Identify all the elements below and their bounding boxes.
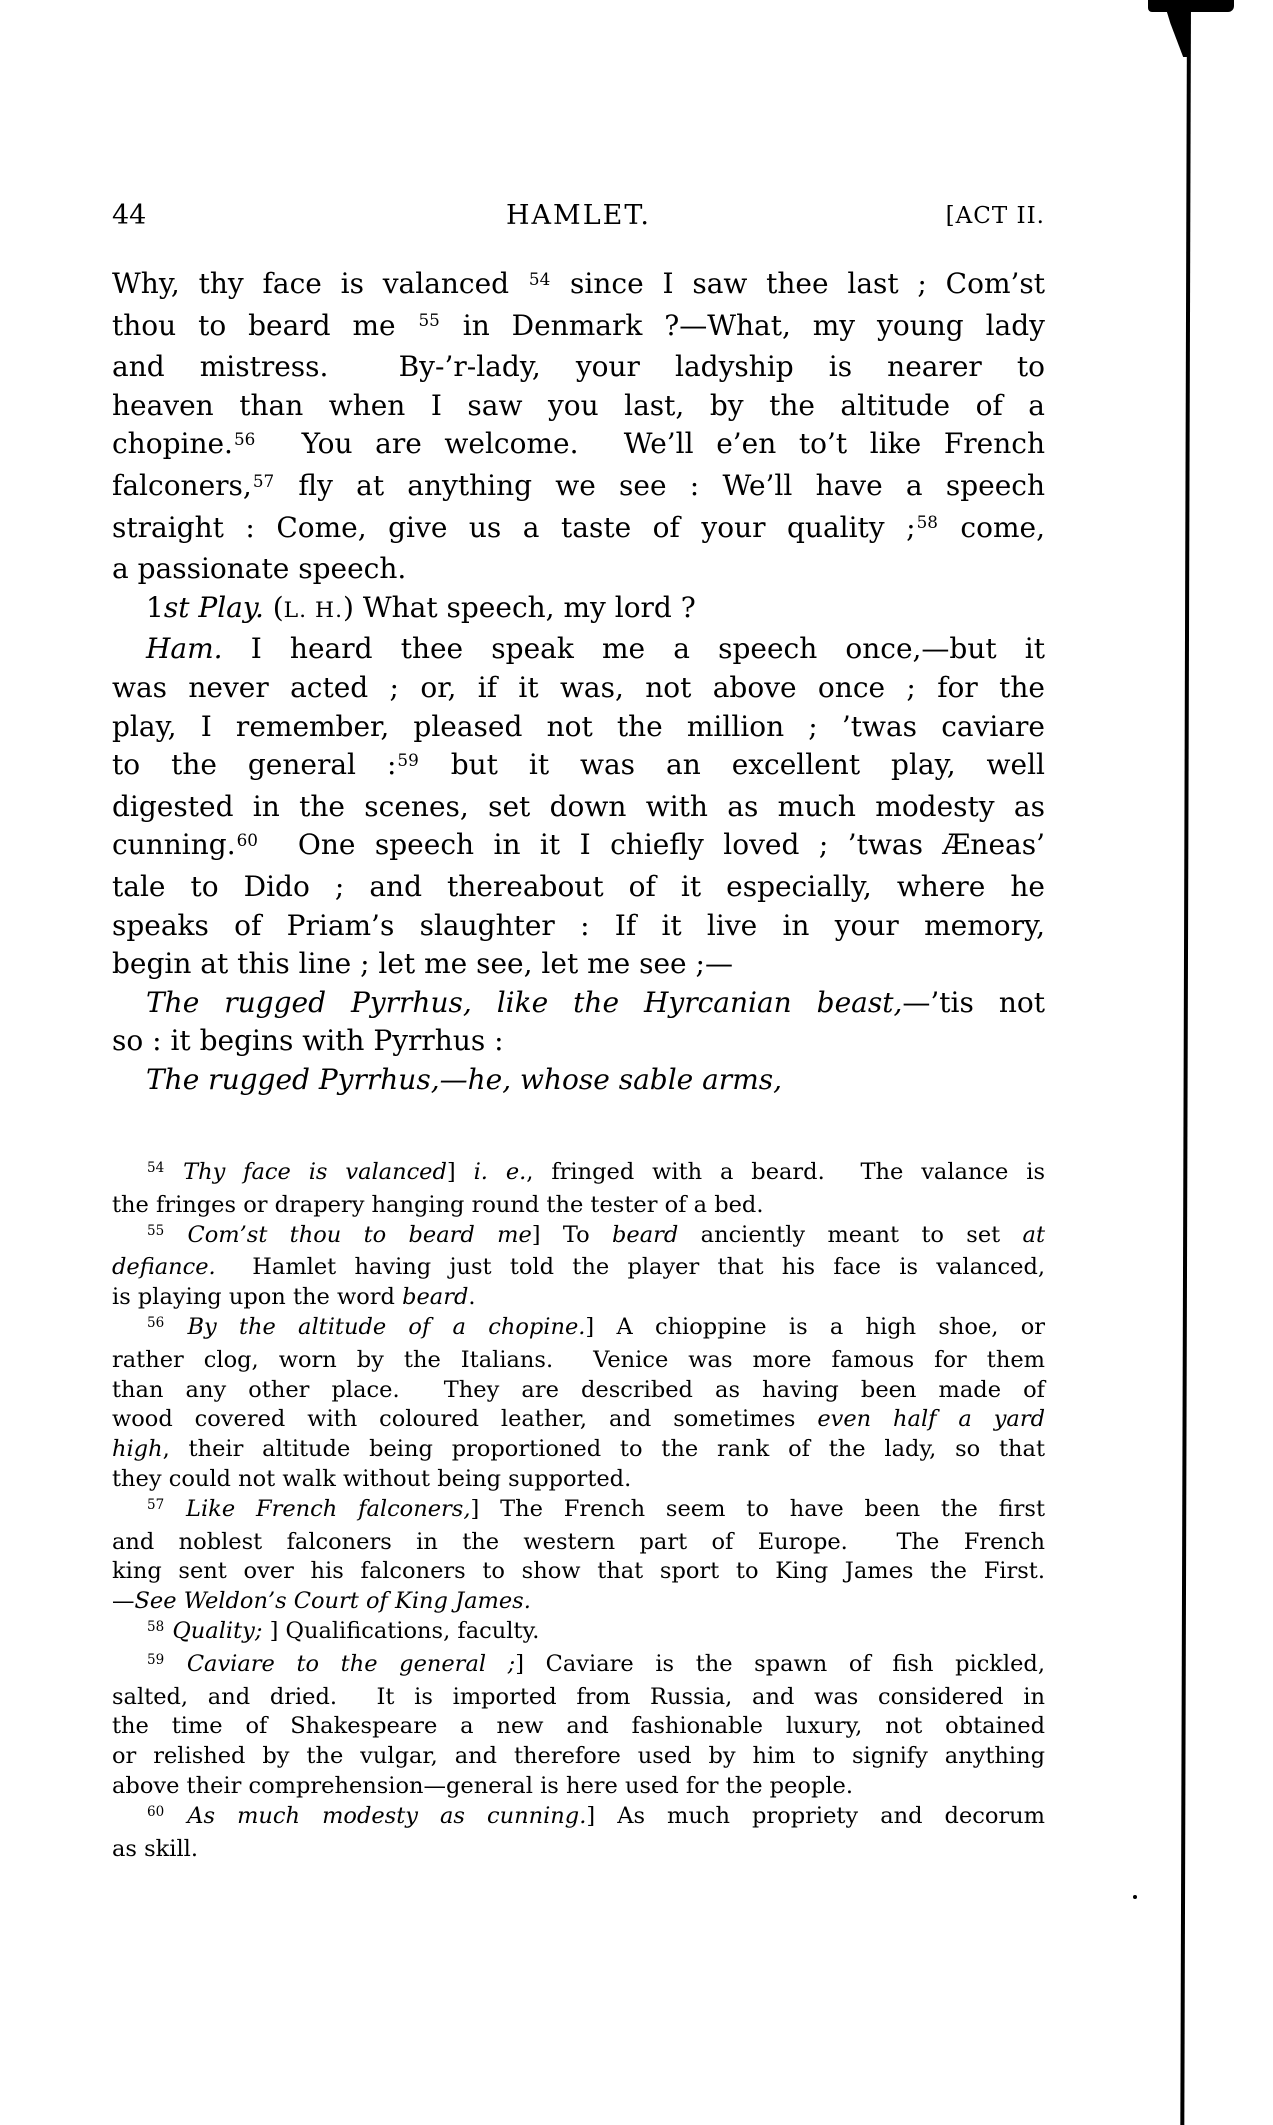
text-run: the time of Shakespeare a new and fashio…: [112, 1713, 1045, 1739]
footnote-marker: 56: [233, 429, 256, 449]
text-run: ] Caviare is the spawn of fish pickled,: [515, 1651, 1045, 1677]
footnote-marker: 59: [146, 1652, 165, 1668]
text-line: —See Weldon’s Court of King James.: [112, 1587, 1045, 1617]
text-line: above their comprehension—general is her…: [112, 1772, 1045, 1802]
text-run: as skill.: [112, 1836, 198, 1862]
running-title: HAMLET.: [112, 200, 1045, 231]
text-line: cunning.60 One speech in it I chiefly lo…: [112, 826, 1045, 868]
text-run: Com’st thou to beard me: [165, 1222, 532, 1248]
page-edge-line: [1180, 0, 1191, 2125]
footnote-marker: 58: [146, 1619, 165, 1635]
text-line: the time of Shakespeare a new and fashio…: [112, 1712, 1045, 1742]
text-run: beard: [612, 1222, 678, 1248]
text-run: a passionate speech.: [112, 552, 406, 585]
text-run: Why, thy face is valanced: [112, 267, 528, 300]
footnote-marker: 57: [146, 1497, 165, 1513]
text-run: ] To: [532, 1222, 612, 1248]
text-line: was never acted ; or, if it was, not abo…: [112, 669, 1045, 708]
text-run: , fringed with a beard. The valance is: [526, 1159, 1045, 1185]
text-run: high: [112, 1436, 163, 1462]
text-line: tale to Dido ; and thereabout of it espe…: [112, 868, 1045, 907]
footnote-marker: 54: [146, 1160, 165, 1176]
text-run: falconers,: [112, 469, 252, 502]
footnotes: 54 Thy face is valanced] i. e., fringed …: [112, 1158, 1045, 1864]
text-run: anciently meant to set: [678, 1222, 1022, 1248]
text-run: Like French falconers,: [165, 1496, 470, 1522]
text-line: Why, thy face is valanced 54 since I saw…: [112, 265, 1045, 307]
text-run: than any other place. They are described…: [112, 1377, 1045, 1403]
text-line: heaven than when I saw you last, by the …: [112, 387, 1045, 426]
text-line: 54 Thy face is valanced] i. e., fringed …: [112, 1158, 1045, 1191]
text-run: ] A chioppine is a high shoe, or: [585, 1314, 1045, 1340]
footnote-marker: 57: [252, 471, 275, 491]
footnote-57: 57 Like French falconers,] The French se…: [112, 1495, 1045, 1617]
text-run: or relished by the vulgar, and therefore…: [112, 1743, 1045, 1769]
text-line: begin at this line ; let me see, let me …: [112, 945, 1045, 984]
text-line: wood covered with coloured leather, and …: [112, 1405, 1045, 1435]
text-run: even half a yard: [817, 1406, 1045, 1432]
text-run: st Play.: [164, 591, 264, 624]
text-line: chopine.56 You are welcome. We’ll e’en t…: [112, 425, 1045, 467]
text-run: Ham.: [146, 632, 223, 665]
text-line: 60 As much modesty as cunning.] As much …: [112, 1802, 1045, 1835]
text-run: the fringes or drapery hanging round the…: [112, 1192, 763, 1218]
text-run: king sent over his falconers to show tha…: [112, 1558, 1045, 1584]
text-line: to the general :59 but it was an excelle…: [112, 746, 1045, 788]
footnote-marker: 54: [528, 269, 551, 289]
text-line: the fringes or drapery hanging round the…: [112, 1191, 1045, 1221]
text-run: Quality;: [165, 1618, 262, 1644]
text-run: at: [1023, 1222, 1045, 1248]
text-run: ] The French seem to have been the first: [470, 1496, 1045, 1522]
text-line: 58 Quality; ] Qualifications, faculty.: [112, 1617, 1045, 1650]
text-run: .: [468, 1284, 475, 1310]
text-line: or relished by the vulgar, and therefore…: [112, 1742, 1045, 1772]
text-run: See Weldon’s Court of King James.: [135, 1588, 531, 1614]
footnote-marker: 59: [396, 750, 419, 770]
text-run: to the general :: [112, 748, 396, 781]
text-line: they could not walk without being suppor…: [112, 1465, 1045, 1495]
text-run: Caviare to the general ;: [165, 1651, 515, 1677]
text-run: The rugged Pyrrhus, like the Hyrcanian b…: [146, 986, 902, 1019]
scan-artifact-corner-taper: [1166, 9, 1188, 57]
text-run: beard: [402, 1284, 468, 1310]
footnote-marker: 55: [418, 310, 441, 330]
text-run: ]: [447, 1159, 474, 1185]
text-line: 56 By the altitude of a chopine.] A chio…: [112, 1313, 1045, 1346]
text-run: ) What speech, my lord ?: [343, 591, 696, 624]
text-line: 57 Like French falconers,] The French se…: [112, 1495, 1045, 1528]
text-run: above their comprehension—general is her…: [112, 1773, 853, 1799]
footnote-55: 55 Com’st thou to beard me] To beard anc…: [112, 1221, 1045, 1313]
text-run: and mistress. By-’r-lady, your ladyship …: [112, 350, 1045, 383]
act-scene-label: [ACT II.: [946, 203, 1045, 229]
text-run: The rugged Pyrrhus,—he, whose sable arms…: [146, 1063, 782, 1096]
text-run: cunning.: [112, 828, 236, 861]
paragraph: Why, thy face is valanced 54 since I saw…: [112, 265, 1045, 589]
text-run: 1: [146, 591, 164, 624]
text-line: The rugged Pyrrhus, like the Hyrcanian b…: [112, 984, 1045, 1023]
text-run: they could not walk without being suppor…: [112, 1466, 631, 1492]
text-line: 1st Play. (L. H.) What speech, my lord ?: [112, 589, 1045, 631]
text-run: You are welcome. We’ll e’en to’t like Fr…: [256, 427, 1045, 460]
text-line: high, their altitude being proportioned …: [112, 1435, 1045, 1465]
text-line: digested in the scenes, set down with as…: [112, 788, 1045, 827]
text-run: come,: [939, 511, 1045, 544]
text-line: salted, and dried. It is imported from R…: [112, 1683, 1045, 1713]
text-run: As much modesty as cunning.: [165, 1803, 586, 1829]
text-line: speaks of Priam’s slaughter : If it live…: [112, 907, 1045, 946]
text-line: a passionate speech.: [112, 550, 1045, 589]
text-line: 59 Caviare to the general ;] Caviare is …: [112, 1650, 1045, 1683]
text-run: I heard thee speak me a speech once,—but…: [223, 632, 1045, 665]
text-run: straight : Come, give us a taste of your…: [112, 511, 916, 544]
text-line: rather clog, worn by the Italians. Venic…: [112, 1346, 1045, 1376]
text-run: but it was an excellent play, well: [420, 748, 1045, 781]
paragraph: Ham. I heard thee speak me a speech once…: [112, 630, 1045, 983]
text-run: tale to Dido ; and thereabout of it espe…: [112, 870, 1045, 903]
text-run: defiance.: [112, 1254, 216, 1280]
footnote-marker: 58: [916, 512, 939, 532]
text-run: so : it begins with Pyrrhus :: [112, 1024, 504, 1057]
footnote-56: 56 By the altitude of a chopine.] A chio…: [112, 1313, 1045, 1495]
text-run: in Denmark ?—What, my young lady: [441, 309, 1045, 342]
text-run: —’tis not: [902, 986, 1045, 1019]
text-line: as skill.: [112, 1835, 1045, 1865]
text-line: than any other place. They are described…: [112, 1376, 1045, 1406]
text-run: since I saw thee last ; Com’st: [551, 267, 1045, 300]
book-page: 44 HAMLET. [ACT II. Why, thy face is val…: [0, 0, 1273, 2125]
footnote-marker: 60: [236, 830, 259, 850]
text-line: The rugged Pyrrhus,—he, whose sable arms…: [112, 1061, 1045, 1100]
text-run: rather clog, worn by the Italians. Venic…: [112, 1347, 1045, 1373]
text-line: and mistress. By-’r-lady, your ladyship …: [112, 348, 1045, 387]
text-run: fly at anything we see : We’ll have a sp…: [275, 469, 1045, 502]
text-line: defiance. Hamlet having just told the pl…: [112, 1253, 1045, 1283]
text-line: 55 Com’st thou to beard me] To beard anc…: [112, 1221, 1045, 1254]
text-run: Thy face is valanced: [165, 1159, 447, 1185]
text-run: is playing upon the word: [112, 1284, 402, 1310]
footnote-marker: 60: [146, 1804, 165, 1820]
text-run: and noblest falconers in the western par…: [112, 1529, 1045, 1555]
text-line: falconers,57 fly at anything we see : We…: [112, 467, 1045, 509]
body-text: Why, thy face is valanced 54 since I saw…: [112, 265, 1045, 1099]
text-line: Ham. I heard thee speak me a speech once…: [112, 630, 1045, 669]
text-line: straight : Come, give us a taste of your…: [112, 509, 1045, 551]
text-run: speaks of Priam’s slaughter : If it live…: [112, 909, 1045, 942]
paragraph: 1st Play. (L. H.) What speech, my lord ?: [112, 589, 1045, 631]
text-run: ] Qualifications, faculty.: [262, 1618, 539, 1644]
paragraph: The rugged Pyrrhus, like the Hyrcanian b…: [112, 984, 1045, 1061]
text-run: ] As much propriety and decorum: [586, 1803, 1045, 1829]
scan-artifact-corner-blob: [1148, 0, 1234, 12]
footnote-marker: 56: [146, 1315, 165, 1331]
text-run: chopine.: [112, 427, 233, 460]
text-run: digested in the scenes, set down with as…: [112, 790, 1045, 823]
text-run: salted, and dried. It is imported from R…: [112, 1684, 1045, 1710]
text-run: begin at this line ; let me see, let me …: [112, 947, 733, 980]
footnote-60: 60 As much modesty as cunning.] As much …: [112, 1802, 1045, 1865]
text-run: —: [112, 1588, 135, 1614]
footnote-54: 54 Thy face is valanced] i. e., fringed …: [112, 1158, 1045, 1221]
text-run: One speech in it I chiefly loved ; ’twas…: [259, 828, 1045, 861]
footnote-58: 58 Quality; ] Qualifications, faculty.: [112, 1617, 1045, 1650]
text-run: heaven than when I saw you last, by the …: [112, 389, 1045, 422]
text-run: , their altitude being proportioned to t…: [163, 1436, 1045, 1462]
text-run: thou to beard me: [112, 309, 418, 342]
text-line: and noblest falconers in the western par…: [112, 1528, 1045, 1558]
text-line: thou to beard me 55 in Denmark ?—What, m…: [112, 307, 1045, 349]
text-run: i. e.: [474, 1159, 527, 1185]
text-line: play, I remember, pleased not the millio…: [112, 708, 1045, 747]
text-run: play, I remember, pleased not the millio…: [112, 710, 1045, 743]
text-line: is playing upon the word beard.: [112, 1283, 1045, 1313]
footnote-59: 59 Caviare to the general ;] Caviare is …: [112, 1650, 1045, 1802]
text-run: By the altitude of a chopine.: [165, 1314, 585, 1340]
text-line: so : it begins with Pyrrhus :: [112, 1022, 1045, 1061]
running-header: 44 HAMLET. [ACT II.: [112, 200, 1045, 236]
paragraph: The rugged Pyrrhus,—he, whose sable arms…: [112, 1061, 1045, 1100]
text-run: Hamlet having just told the player that …: [216, 1254, 1045, 1280]
text-line: king sent over his falconers to show tha…: [112, 1557, 1045, 1587]
text-run: wood covered with coloured leather, and …: [112, 1406, 817, 1432]
scan-artifact-speck: [1133, 1895, 1137, 1899]
footnote-marker: 55: [146, 1223, 165, 1239]
text-run: was never acted ; or, if it was, not abo…: [112, 671, 1045, 704]
text-run: L. H.: [284, 598, 343, 623]
text-run: (: [264, 591, 284, 624]
